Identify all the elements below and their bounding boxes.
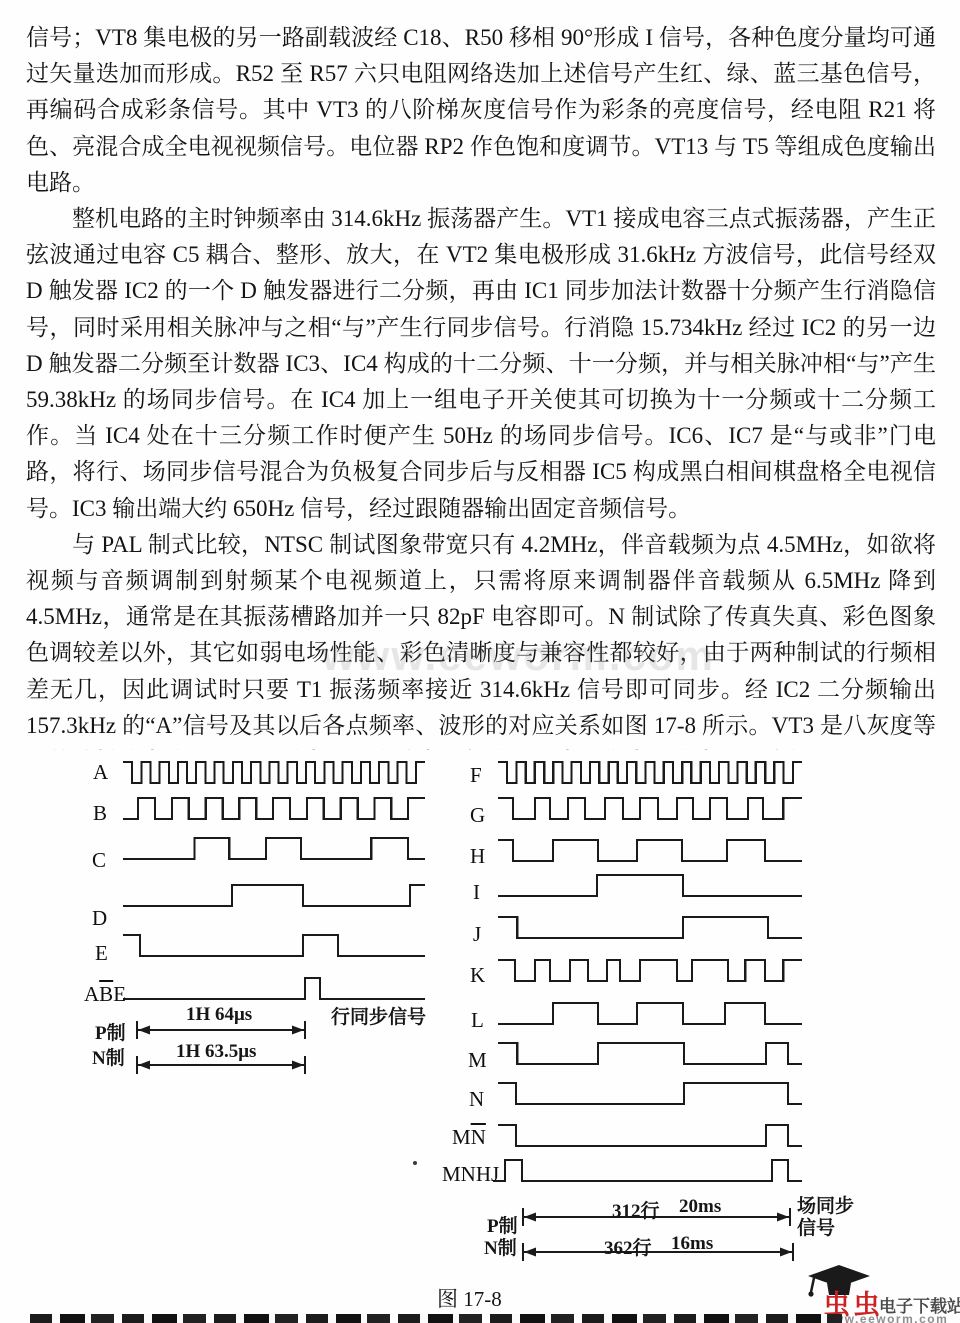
paragraph-2: 整机电路的主时钟频率由 314.6kHz 振荡器产生。VT1 接成电容三点式振荡… <box>26 201 936 527</box>
label-n-system-right: N制 <box>484 1233 517 1260</box>
wave-label-K: K <box>470 963 485 988</box>
label-1h-63-5us: 1H 63.5μs <box>176 1041 256 1063</box>
label-n-system-left: N制 <box>92 1043 125 1070</box>
wave-H <box>498 840 802 861</box>
wave-J <box>498 917 802 938</box>
label-312-lines: 312行 <box>612 1196 660 1223</box>
paragraph-1: 信号；VT8 集电极的另一路副载波经 C18、R50 移相 90°形成 I 信号… <box>26 20 936 201</box>
dim-1h-p-line-arrow-left <box>138 1026 150 1035</box>
wave-MNHJ <box>493 1160 802 1181</box>
wave-F <box>498 762 802 783</box>
dim-312-line-arrow-right <box>777 1213 789 1222</box>
label-16ms: 16ms <box>671 1233 713 1255</box>
wave-label-MN: MN <box>452 1125 486 1150</box>
dim-1h-n-line-arrow-left <box>138 1061 150 1070</box>
wave-A <box>123 762 425 783</box>
wave-G <box>498 798 802 819</box>
wave-label-N: N <box>469 1087 484 1112</box>
dim-362-line-arrow-left <box>524 1248 536 1257</box>
label-20ms: 20ms <box>679 1196 721 1218</box>
label-vsync-line2: 信号 <box>797 1213 835 1240</box>
wave-L <box>498 1003 802 1024</box>
wave-label-B: B <box>93 801 107 826</box>
wave-label-MNHJ: MNHJ <box>442 1162 499 1187</box>
figure-caption: 图 17-8 <box>437 1283 502 1313</box>
wave-label-A: A <box>93 760 108 785</box>
wave-label-L: L <box>471 1008 484 1033</box>
wave-I <box>498 875 802 896</box>
wave-label-H: H <box>470 844 485 869</box>
wave-label-M: M <box>468 1048 487 1073</box>
label-362-lines: 362行 <box>604 1233 652 1260</box>
scanned-page: 信号；VT8 集电极的另一路副载波经 C18、R50 移相 90°形成 I 信号… <box>0 0 960 1323</box>
wave-label-E: E <box>95 941 108 966</box>
dim-362-line-arrow-right <box>780 1248 792 1257</box>
wave-E <box>123 935 425 956</box>
wave-K <box>498 960 802 981</box>
label-hsync: 行同步信号 <box>331 1002 426 1029</box>
wave-label-F: F <box>470 763 482 788</box>
wave-C <box>123 838 425 859</box>
wave-MN <box>498 1125 802 1146</box>
site-logo: 虫虫 电子下载站 www.eeworm.com <box>793 1255 960 1323</box>
wave-label-G: G <box>470 803 485 828</box>
dim-1h-n-line-arrow-right <box>292 1061 304 1070</box>
wave-label-I: I <box>473 880 480 905</box>
cutoff-text-strip <box>30 1314 842 1323</box>
scan-speck <box>413 1161 417 1165</box>
dim-1h-p-line-arrow-right <box>292 1026 304 1035</box>
wave-label-ABE: ABE <box>84 982 126 1007</box>
wave-label-J: J <box>473 922 481 947</box>
label-p-system-left: P制 <box>95 1018 126 1045</box>
dim-312-line-arrow-left <box>524 1213 536 1222</box>
wave-D <box>123 885 425 906</box>
wave-B <box>123 798 425 819</box>
wave-M <box>498 1043 802 1064</box>
wave-label-C: C <box>92 848 106 873</box>
label-1h-64us: 1H 64μs <box>186 1004 252 1026</box>
timing-diagram-figure: ABCDEABEFGHIJKLMNMNMNHJ 1H 64μs 行同步信号 P制… <box>0 750 960 1323</box>
wave-label-D: D <box>92 906 107 931</box>
faint-watermark-text: www.eeworm.com <box>322 632 715 680</box>
wave-N <box>498 1083 802 1104</box>
wave-ABE <box>123 978 425 999</box>
